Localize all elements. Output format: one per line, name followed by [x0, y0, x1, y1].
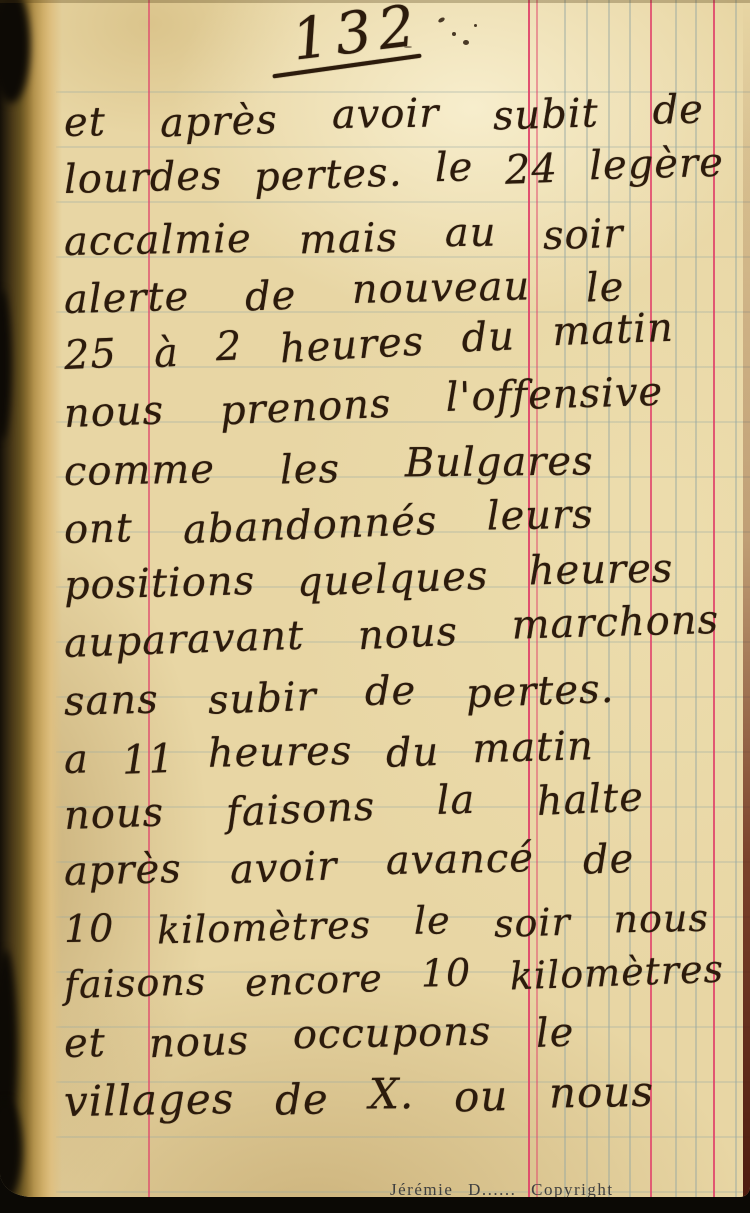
handwriting-line: faisonsencore10kilomètres — [63, 946, 724, 1007]
handwriting-line: 10kilomètreslesoirnous — [64, 896, 710, 951]
notebook-page-scan: 132 etaprèsavoirsubitdelourdespertes.le2… — [0, 0, 750, 1213]
handwriting-line: nousprenonsl'offensive — [63, 370, 664, 437]
page-right-edge — [743, 0, 750, 1197]
handwriting-line: sanssubirdepertes. — [63, 665, 614, 725]
ink-speck — [474, 24, 477, 27]
ink-speck — [404, 46, 412, 48]
handwriting-line: auparavantnousmarchons — [63, 598, 719, 667]
ink-speck — [437, 17, 445, 24]
handwriting-line: villagesdeX.ounous — [64, 1067, 655, 1126]
page-top-edge — [0, 0, 750, 3]
paper-sheet: 132 etaprèsavoirsubitdelourdespertes.le2… — [0, 0, 750, 1197]
column-line — [735, 0, 737, 1197]
ink-speck — [463, 40, 469, 45]
handwriting-line: accalmiemaisausoir — [64, 209, 625, 265]
handwriting-line: lourdespertes.le24legère — [63, 140, 724, 203]
handwriting-line: aprèsavoiravancéde — [63, 834, 634, 895]
handwriting-line: etaprèsavoirsubitde — [64, 87, 705, 146]
handwriting-line: ontabandonnésleurs — [63, 493, 594, 553]
ink-speck — [452, 32, 456, 36]
handwriting-line: a11heuresdumatin — [63, 723, 594, 783]
handwriting-line: commelesBulgares — [64, 440, 595, 495]
handwriting-line: etnousoccuponsle — [63, 1008, 574, 1067]
watermark: Jérémie D...... Copyright — [390, 1180, 614, 1197]
scan-bottom-border — [0, 1197, 750, 1213]
